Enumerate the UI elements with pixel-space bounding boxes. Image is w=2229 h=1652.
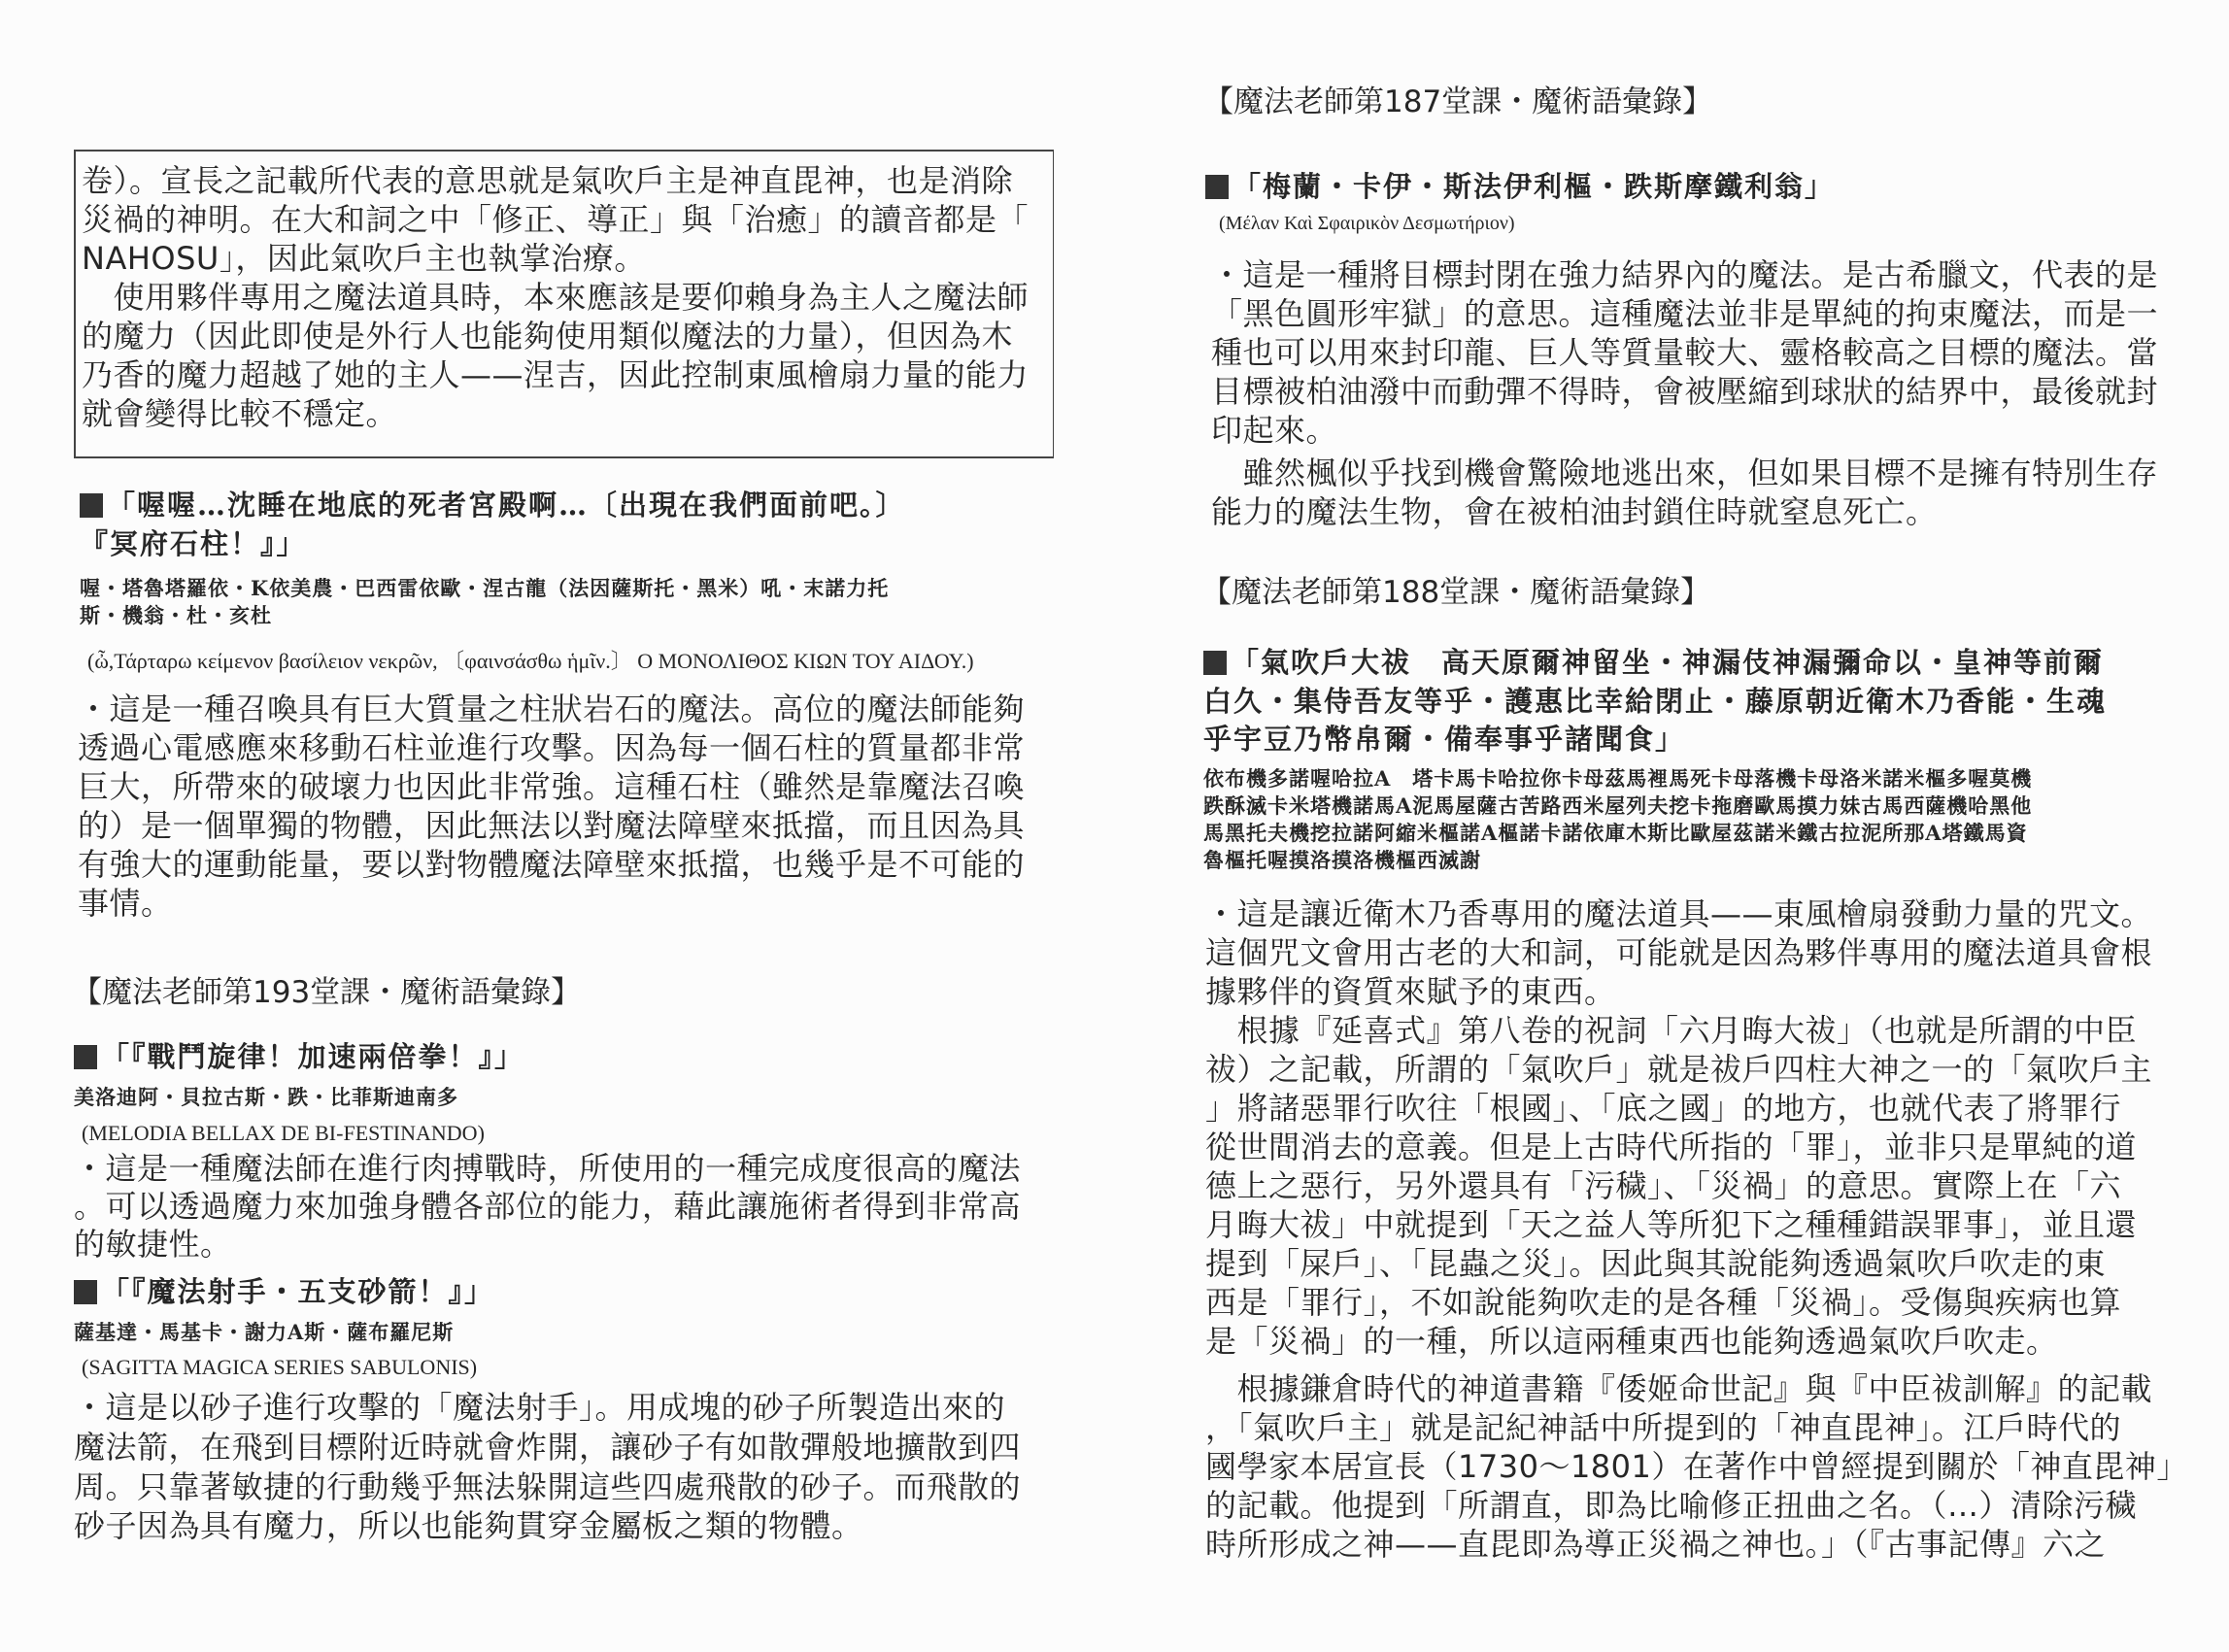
black-square-bullet-icon: [74, 1045, 97, 1069]
spell-incantation-cont: 『冥府石柱！』」: [80, 524, 307, 563]
left-page: 卷）。宣長之記載所代表的意思就是氣吹戶主是神直毘神，也是消除 災禍的神明。在大和…: [0, 0, 1114, 1652]
spell-reading: 馬黑托夫機挖拉諾阿縮米樞諾A樞諾卡諾依庫木斯比歐屋茲諾米鐵古拉泥所那A塔鐵馬資: [1203, 820, 2028, 847]
box-line: NAHOSU」，因此氣吹戶主也執掌治療。: [82, 239, 646, 278]
spell-original-text: (SAGITTA MAGICA SERIES SABULONIS): [82, 1354, 477, 1381]
body-line: 提到「屎戶」、「昆蟲之災」。因此與其說能夠透過氣吹戶吹走的東: [1205, 1244, 2106, 1283]
body-line: 根據鎌倉時代的神道書籍『倭姬命世記』與『中臣祓訓解』的記載: [1205, 1369, 2152, 1408]
body-line: 的敏捷性。: [74, 1225, 232, 1264]
body-line: 西是「罪行」，不如說能夠吹走的是各種「災禍」。受傷與疾病也算: [1205, 1283, 2121, 1322]
body-line: 」將諸惡罪行吹往「根國」、「底之國」的地方，也就代表了將罪行: [1205, 1089, 2121, 1128]
body-line: 的）是一個單獨的物體，因此無法以對魔法障壁來抵擋，而且因為具: [78, 806, 1025, 845]
body-line: 目標被柏油潑中而動彈不得時，會被壓縮到球狀的結界中，最後就封: [1211, 372, 2158, 411]
body-line: 據夥伴的資質來賦予的東西。: [1205, 972, 1616, 1011]
body-line: 雖然楓似乎找到機會驚險地逃出來，但如果目標不是擁有特別生存: [1211, 454, 2158, 492]
body-line: ・這是以砂子進行攻擊的「魔法射手」。用成塊的砂子所製造出來的: [74, 1388, 1005, 1427]
body-line: 是「災禍」的一種，所以這兩種東西也能夠透過氣吹戶吹走。: [1205, 1322, 2058, 1361]
black-square-bullet-icon: [74, 1280, 97, 1304]
section-heading-188: 【魔法老師第188堂課・魔術語彙錄】: [1201, 573, 1710, 612]
body-line: 月晦大祓」中就提到「天之益人等所犯下之種種錯誤罪事」，並且還: [1205, 1205, 2137, 1244]
body-line: 巨大，所帶來的破壞力也因此非常強。這種石柱（雖然是靠魔法召喚: [78, 767, 1025, 806]
body-line: ・這是一種召喚具有巨大質量之柱狀岩石的魔法。高位的魔法師能夠: [78, 690, 1025, 728]
body-line: 周。只靠著敏捷的行動幾乎無法躲開這些四處飛散的砂子。而飛散的: [74, 1467, 1021, 1506]
body-line: ・這是一種魔法師在進行肉搏戰時，所使用的一種完成度很高的魔法: [74, 1149, 1021, 1188]
body-line: 事情。: [78, 884, 173, 923]
spell-original-text: (Μέλαν Καὶ Σφαιρικὸν Δεσμωτήριον): [1219, 210, 1515, 237]
body-line: 根據『延喜式』第八卷的祝詞「六月晦大祓」（也就是所謂的中臣: [1205, 1011, 2137, 1050]
spell-incantation: 「『戰鬥旋律！加速兩倍拳！』」: [74, 1037, 524, 1076]
right-page: 【魔法老師第187堂課・魔術語彙錄】 「梅蘭・卡伊・斯法伊利樞・跌斯摩鐵利翁」 …: [1114, 0, 2229, 1652]
section-heading-187: 【魔法老師第187堂課・魔術語彙錄】: [1203, 83, 1712, 121]
spell-incantation-cont: 乎宇豆乃幣帛爾・備奉事乎諸聞食」: [1203, 720, 1685, 759]
body-line: 。可以透過魔力來加強身體各部位的能力，藉此讓施術者得到非常高: [74, 1187, 1021, 1226]
spell-reading: 依布機多諾喔哈拉A 塔卡馬卡哈拉你卡母茲馬裡馬死卡母落機卡母洛米諾米樞多喔莫機: [1203, 765, 2032, 792]
spell-reading: 跌酥滅卡米塔機諾馬A泥馬屋薩古苦路西米屋列夫挖卡拖磨歐馬摸力妹古馬西薩機哈黑他: [1203, 792, 2032, 820]
spell-incantation: 「氣吹戶大祓 高天原爾神留坐・神漏伎神漏彌命以・皇神等前爾: [1203, 643, 2104, 682]
spell-original-text: (MELODIA BELLAX DE BI-FESTINANDO): [82, 1120, 485, 1147]
body-line: 從世間消去的意義。但是上古時代所指的「罪」，並非只是單純的道: [1205, 1128, 2137, 1166]
spell-reading: 薩基達・馬基卡・謝力A斯・薩布羅尼斯: [74, 1319, 454, 1346]
body-line: 的記載。他提到「所謂直，即為比喻修正扭曲之名。（…）清除污穢: [1205, 1486, 2137, 1525]
spell-incantation: 「喔喔…沈睡在地底的死者宮殿啊…〔出現在我們面前吧。〕: [80, 486, 906, 524]
spell-original-text: (ὦ,Τάρταρω κείμενον βασίλειον νεκρῶν, 〔φ…: [87, 648, 974, 675]
box-line: 災禍的神明。在大和詞之中「修正、導正」與「治癒」的讀音都是「: [82, 200, 1029, 239]
box-line: 的魔力（因此即使是外行人也能夠使用類似魔法的力量），但因為木: [82, 317, 1013, 355]
box-line: 卷）。宣長之記載所代表的意思就是氣吹戶主是神直毘神，也是消除: [82, 161, 1013, 200]
spell-reading: 喔・塔魯塔羅依・K依美農・巴西雷依歐・涅古龍（法因薩斯托・黑米）吼・末諾力托: [80, 575, 889, 602]
body-line: ，「氣吹戶主」就是記紀神話中所提到的「神直毘神」。江戶時代的: [1205, 1408, 2121, 1447]
body-line: 砂子因為具有魔力，所以也能夠貫穿金屬板之類的物體。: [74, 1506, 863, 1545]
body-line: 印起來。: [1211, 411, 1337, 450]
body-line: 時所形成之神——直毘即為導正災禍之神也。」（『古事記傳』六之: [1205, 1525, 2106, 1564]
section-heading-193: 【魔法老師第193堂課・魔術語彙錄】: [72, 973, 581, 1012]
body-line: ・這是讓近衛木乃香專用的魔法道具——東風檜扇發動力量的咒文。: [1205, 894, 2152, 933]
spell-incantation: 「梅蘭・卡伊・斯法伊利樞・跌斯摩鐵利翁」: [1205, 167, 1835, 206]
black-square-bullet-icon: [1203, 651, 1227, 675]
body-line: 國學家本居宣長（1730～1801）在著作中曾經提到關於「神直毘神」: [1205, 1447, 2188, 1486]
spell-reading: 美洛迪阿・貝拉古斯・跌・比菲斯迪南多: [74, 1084, 458, 1111]
spell-incantation: 「『魔法射手・五支砂箭！』」: [74, 1272, 494, 1311]
black-square-bullet-icon: [80, 493, 103, 518]
body-line: 祓）之記載，所謂的「氣吹戶」就是祓戶四柱大神之一的「氣吹戶主: [1205, 1050, 2152, 1089]
body-line: 魔法箭，在飛到目標附近時就會炸開，讓砂子有如散彈般地擴散到四: [74, 1428, 1021, 1467]
body-line: 能力的魔法生物，會在被柏油封鎖住時就窒息死亡。: [1211, 492, 1938, 531]
spell-incantation-cont: 白久・集侍吾友等乎・護惠比幸給閉止・藤原朝近衛木乃香能・生魂: [1203, 682, 2107, 721]
body-line: 透過心電感應來移動石柱並進行攻擊。因為每一個石柱的質量都非常: [78, 728, 1025, 767]
body-line: 這個咒文會用古老的大和詞，可能就是因為夥伴專用的魔法道具會根: [1205, 933, 2152, 972]
spell-reading-cont: 斯・機翁・杜・亥杜: [80, 602, 272, 629]
body-line: 種也可以用來封印龍、巨人等質量較大、靈格較高之目標的魔法。當: [1211, 333, 2158, 372]
box-line: 乃香的魔力超越了她的主人——涅吉，因此控制東風檜扇力量的能力: [82, 355, 1029, 394]
spell-reading: 魯樞托喔摸洛摸洛機樞西滅謝: [1203, 847, 1481, 874]
body-line: 有強大的運動能量，要以對物體魔法障壁來抵擋，也幾乎是不可能的: [78, 845, 1025, 884]
black-square-bullet-icon: [1205, 175, 1229, 199]
box-line: 使用夥伴專用之魔法道具時，本來應該是要仰賴身為主人之魔法師: [82, 278, 1029, 317]
body-line: 「黑色圓形牢獄」的意思。這種魔法並非是單純的拘束魔法，而是一: [1211, 294, 2158, 333]
body-line: 德上之惡行，另外還具有「污穢」、「災禍」的意思。實際上在「六: [1205, 1166, 2121, 1205]
body-line: ・這是一種將目標封閉在強力結界內的魔法。是古希臘文，代表的是: [1211, 255, 2158, 294]
box-line: 就會變得比較不穩定。: [82, 394, 397, 433]
